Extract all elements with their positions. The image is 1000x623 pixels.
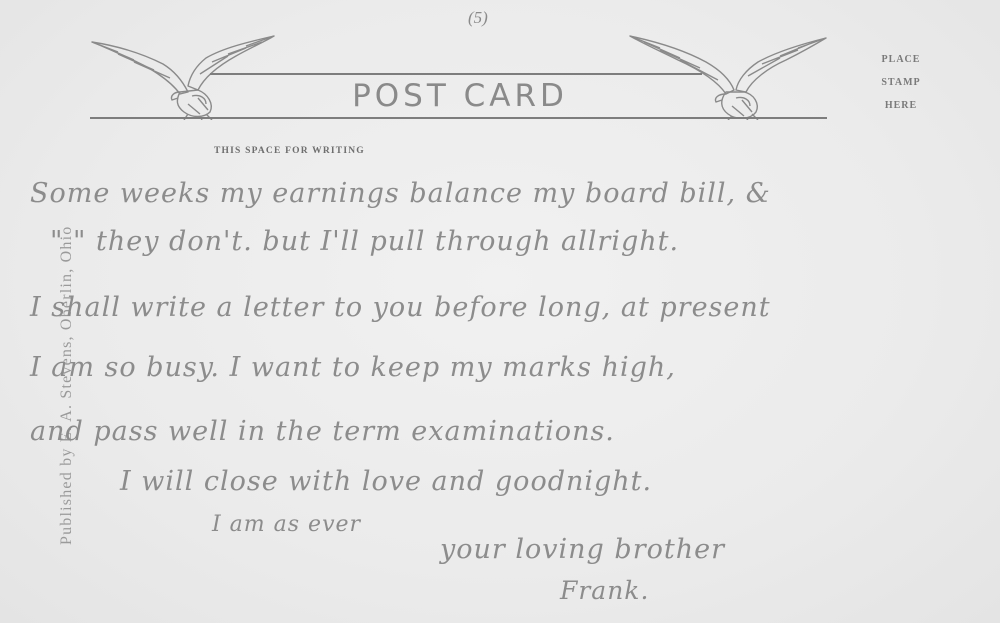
message-line: your loving brother [440,534,725,565]
message-line: and pass well in the term examinations. [30,416,615,447]
stamp-label-line: HERE [866,94,936,117]
stamp-label-line: STAMP [866,71,936,94]
message-line: I shall write a letter to you before lon… [30,292,771,323]
writing-space-label: THIS SPACE FOR WRITING [214,146,365,156]
header-top-rule [210,73,702,75]
page-title: POST CARD [300,78,620,114]
stamp-label-line: PLACE [866,48,936,71]
eagle-icon [88,34,278,120]
corner-annotation: (5) [468,8,488,28]
message-line: " " they don't. but I'll pull through al… [50,226,679,257]
message-line: I am so busy. I want to keep my marks hi… [30,352,676,383]
stamp-placement-label: PLACE STAMP HERE [866,48,936,117]
message-line: I am as ever [212,512,361,537]
message-line: I will close with love and goodnight. [120,466,652,497]
publisher-credit: Published by E. A. Stevens, Oberlin, Ohi… [58,226,76,545]
postcard-back: (5) POST CARD PLACE STAMP HER [0,0,1000,623]
eagle-icon [626,34,832,120]
message-line: Some weeks my earnings balance my board … [30,178,771,209]
header-bottom-rule [90,117,827,119]
signature: Frank. [560,576,649,605]
